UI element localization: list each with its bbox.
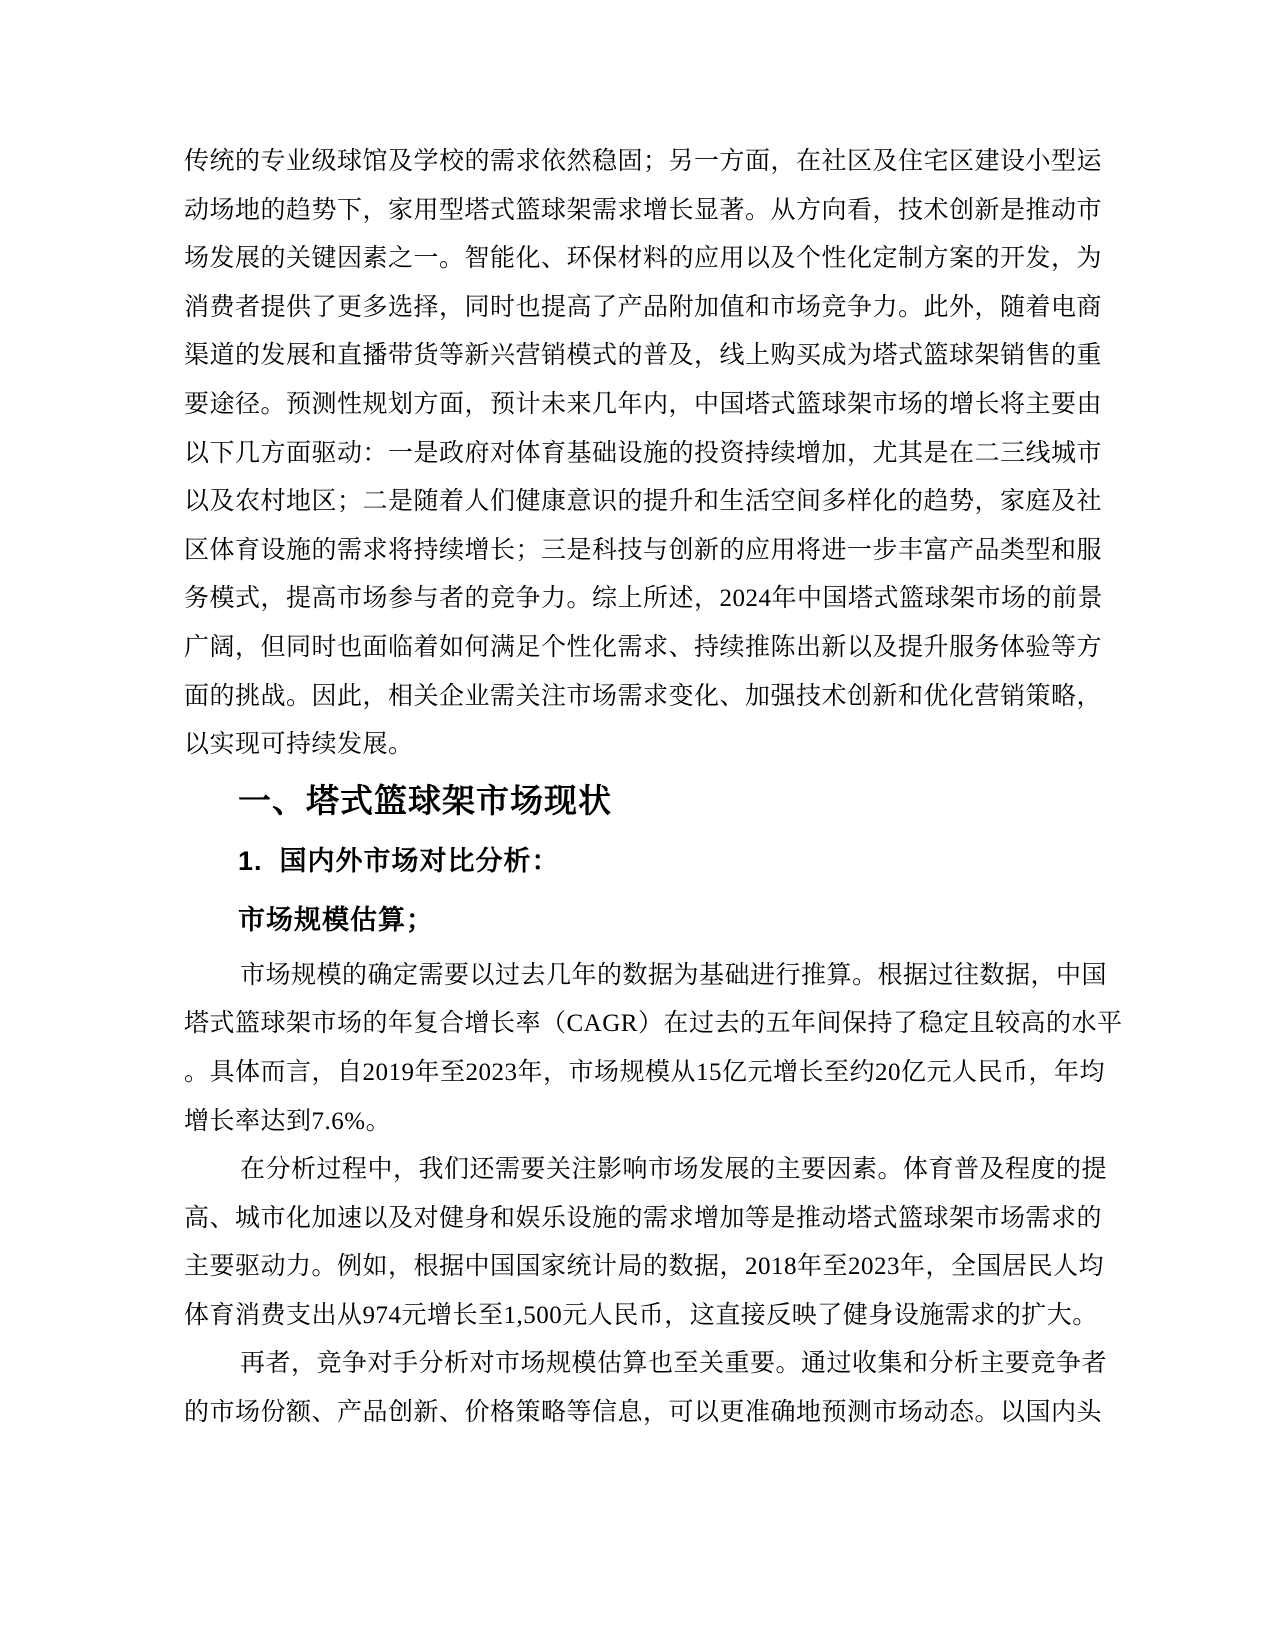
text-line: 市场规模的确定需要以过去几年的数据为基础进行推算。根据过往数据，中国 <box>184 952 1104 1001</box>
text-line: 场发展的关键因素之一。智能化、环保材料的应用以及个性化定制方案的开发，为 <box>184 235 1104 284</box>
text-line: 再者，竞争对手分析对市场规模估算也至关重要。通过收集和分析主要竞争者 <box>184 1340 1104 1389</box>
text-line: 主要驱动力。例如，根据中国国家统计局的数据，2018年至2023年，全国居民人均 <box>184 1243 1104 1292</box>
text-line: 体育消费支出从974元增长至1,500元人民币，这直接反映了健身设施需求的扩大。 <box>184 1292 1104 1341</box>
text-line: 以下几方面驱动：一是政府对体育基础设施的投资持续增加，尤其是在二三线城市 <box>184 430 1104 479</box>
document-page: 传统的专业级球馆及学校的需求依然稳固；另一方面，在社区及住宅区建设小型运动场地的… <box>0 0 1275 1650</box>
body-paragraph: 市场规模的确定需要以过去几年的数据为基础进行推算。根据过往数据，中国塔式篮球架市… <box>184 952 1104 1146</box>
section-heading: 一、塔式篮球架市场现状 <box>238 780 1104 822</box>
text-line: 动场地的趋势下，家用型塔式篮球架需求增长显著。从方向看，技术创新是推动市 <box>184 187 1104 236</box>
text-line: 区体育设施的需求将持续增长；三是科技与创新的应用将进一步丰富产品类型和服 <box>184 527 1104 576</box>
body-paragraph: 传统的专业级球馆及学校的需求依然稳固；另一方面，在社区及住宅区建设小型运动场地的… <box>184 138 1104 770</box>
text-line: 传统的专业级球馆及学校的需求依然稳固；另一方面，在社区及住宅区建设小型运 <box>184 138 1104 187</box>
text-line: 增长率达到7.6%。 <box>184 1098 1104 1147</box>
text-line: 要途径。预测性规划方面，预计未来几年内，中国塔式篮球架市场的增长将主要由 <box>184 381 1104 430</box>
text-line: 在分析过程中，我们还需要关注影响市场发展的主要因素。体育普及程度的提 <box>184 1146 1104 1195</box>
text-line: 务模式，提高市场参与者的竞争力。综上所述，2024年中国塔式篮球架市场的前景 <box>184 575 1104 624</box>
text-line: 以实现可持续发展。 <box>184 721 1104 770</box>
text-line: 塔式篮球架市场的年复合增长率（CAGR）在过去的五年间保持了稳定且较高的水平 <box>184 1000 1104 1049</box>
text-line: 面的挑战。因此，相关企业需关注市场需求变化、加强技术创新和优化营销策略， <box>184 673 1104 722</box>
text-line: 渠道的发展和直播带货等新兴营销模式的普及，线上购买成为塔式篮球架销售的重 <box>184 332 1104 381</box>
text-line: 消费者提供了更多选择，同时也提高了产品附加值和市场竞争力。此外，随着电商 <box>184 284 1104 333</box>
text-line: 高、城市化加速以及对健身和娱乐设施的需求增加等是推动塔式篮球架市场需求的 <box>184 1195 1104 1244</box>
subsection-heading: 1. 国内外市场对比分析： <box>238 840 1104 882</box>
body-paragraph: 在分析过程中，我们还需要关注影响市场发展的主要因素。体育普及程度的提高、城市化加… <box>184 1146 1104 1340</box>
text-line: 的市场份额、产品创新、价格策略等信息，可以更准确地预测市场动态。以国内头 <box>184 1389 1104 1438</box>
text-line: 以及农村地区；二是随着人们健康意识的提升和生活空间多样化的趋势，家庭及社 <box>184 478 1104 527</box>
text-line: 。具体而言，自2019年至2023年，市场规模从15亿元增长至约20亿元人民币，… <box>184 1049 1104 1098</box>
block-subheading: 市场规模估算； <box>238 899 1104 941</box>
body-paragraph: 再者，竞争对手分析对市场规模估算也至关重要。通过收集和分析主要竞争者的市场份额、… <box>184 1340 1104 1437</box>
text-line: 广阔，但同时也面临着如何满足个性化需求、持续推陈出新以及提升服务体验等方 <box>184 624 1104 673</box>
document-content: 传统的专业级球馆及学校的需求依然稳固；另一方面，在社区及住宅区建设小型运动场地的… <box>184 138 1104 1438</box>
